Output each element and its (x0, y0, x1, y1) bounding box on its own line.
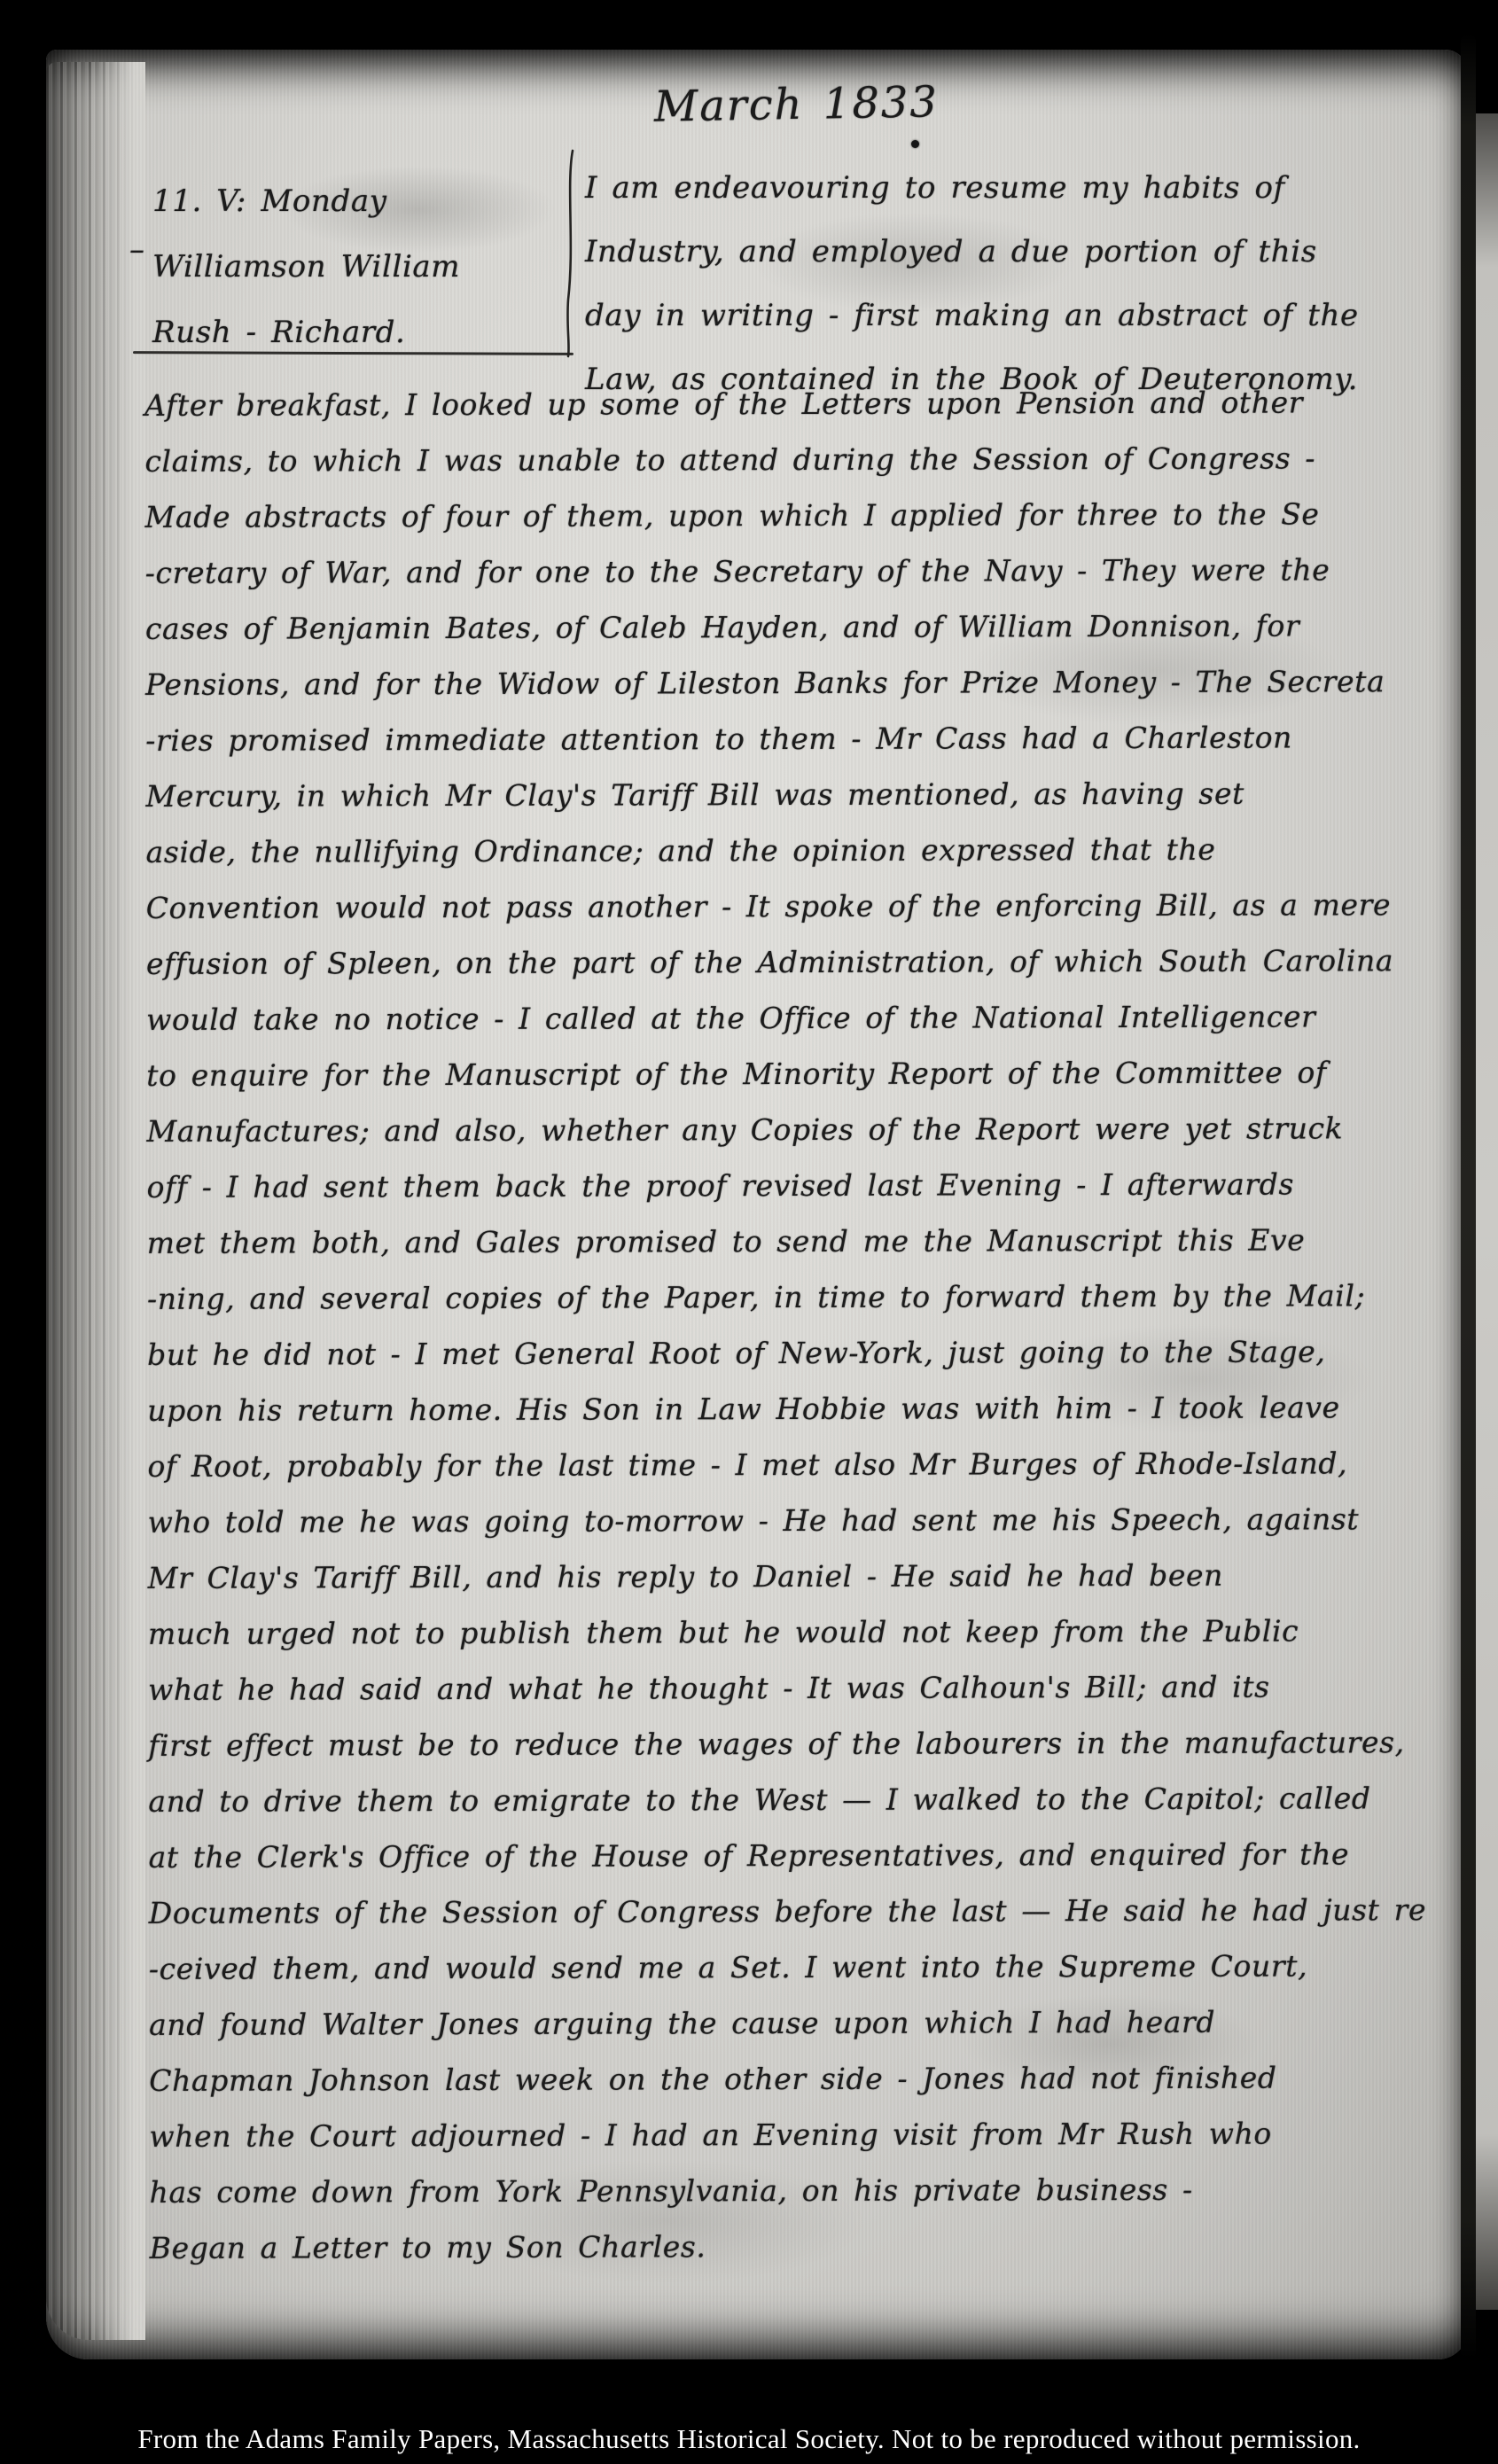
handwritten-line: -ries promised immediate attention to th… (145, 709, 1424, 768)
handwritten-line: claims, to which I was unable to attend … (144, 430, 1423, 489)
handwritten-line: Convention would not pass another - It s… (146, 877, 1424, 936)
handwritten-line: After breakfast, I looked up some of the… (144, 374, 1423, 433)
handwritten-line: aside, the nullifying Ordinance; and the… (146, 821, 1424, 880)
handwritten-line: Chapman Johnson last week on the other s… (149, 2049, 1427, 2109)
handwritten-line: Mr Clay's Tariff Bill, and his reply to … (148, 1547, 1426, 1606)
handwritten-line: Made abstracts of four of them, upon whi… (145, 486, 1424, 545)
diary-opening-paragraph: I am endeavouring to resume my habits of… (585, 156, 1359, 411)
handwritten-line: cases of Benjamin Bates, of Caleb Hayden… (145, 597, 1424, 657)
handwritten-line: Began a Letter to my Son Charles. (150, 2217, 1428, 2276)
handwritten-line: -ceived them, and would send me a Set. I… (149, 1938, 1427, 1997)
handwritten-line: Pensions, and for the Widow of Lileston … (145, 653, 1424, 713)
handwritten-line: at the Clerk's Office of the House of Re… (148, 1826, 1426, 1885)
handwritten-line: who told me he was going to-morrow - He … (147, 1491, 1425, 1550)
handwritten-line: off - I had sent them back the proof rev… (147, 1156, 1425, 1215)
stray-ink-dot (911, 140, 919, 148)
diary-body-text: After breakfast, I looked up some of the… (144, 374, 1427, 2276)
handwritten-line: to enquire for the Manuscript of the Min… (146, 1044, 1424, 1103)
margin-name-williamson: Williamson William (152, 234, 460, 300)
page-gutter-shadow (1461, 34, 1476, 2359)
handwritten-line: day in writing - first making an abstrac… (585, 284, 1359, 347)
facing-page-edge (1476, 113, 1498, 2310)
handwritten-line: and found Walter Jones arguing the cause… (149, 1993, 1427, 2053)
handwritten-line: but he did not - I met General Root of N… (147, 1323, 1425, 1383)
handwritten-line: -cretary of War, and for one to the Secr… (145, 542, 1424, 601)
handwritten-line: would take no notice - I called at the O… (146, 988, 1424, 1048)
handwritten-line: what he had said and what he thought - I… (148, 1658, 1426, 1718)
archive-credit-caption: From the Adams Family Papers, Massachuse… (0, 2423, 1498, 2455)
handwritten-line: Mercury, in which Mr Clay's Tariff Bill … (145, 765, 1424, 824)
margin-annotations: 11. V: Monday Williamson William Rush - … (152, 168, 460, 365)
page-title-date: March 1833 (654, 77, 940, 132)
handwritten-line: much urged not to publish them but he wo… (148, 1602, 1426, 1662)
margin-date-line: 11. V: Monday (152, 168, 460, 234)
handwritten-line: and to drive them to emigrate to the Wes… (148, 1770, 1426, 1829)
handwritten-line: first effect must be to reduce the wages… (148, 1714, 1426, 1774)
handwritten-line: effusion of Spleen, on the part of the A… (146, 932, 1424, 992)
handwritten-line: Industry, and employed a due portion of … (585, 220, 1359, 284)
handwritten-line: upon his return home. His Son in Law Hob… (147, 1379, 1425, 1439)
handwritten-line: Manufactures; and also, whether any Copi… (146, 1100, 1424, 1159)
handwritten-line: -ning, and several copies of the Paper, … (147, 1267, 1425, 1327)
handwritten-line: when the Court adjourned - I had an Even… (149, 2105, 1427, 2164)
margin-tick-mark: – (129, 232, 145, 268)
handwritten-line: met them both, and Gales promised to sen… (147, 1212, 1425, 1271)
handwritten-line: I am endeavouring to resume my habits of (585, 156, 1359, 220)
handwritten-line: of Root, probably for the last time - I … (147, 1435, 1425, 1494)
paragraph-brace-line (564, 149, 578, 362)
handwritten-line: Documents of the Session of Congress bef… (149, 1882, 1427, 1941)
scanned-diary-page: March 1833 11. V: Monday Williamson Will… (0, 0, 1498, 2464)
margin-name-rush: Rush - Richard. (152, 300, 460, 365)
handwritten-line: has come down from York Pennsylvania, on… (149, 2161, 1427, 2220)
